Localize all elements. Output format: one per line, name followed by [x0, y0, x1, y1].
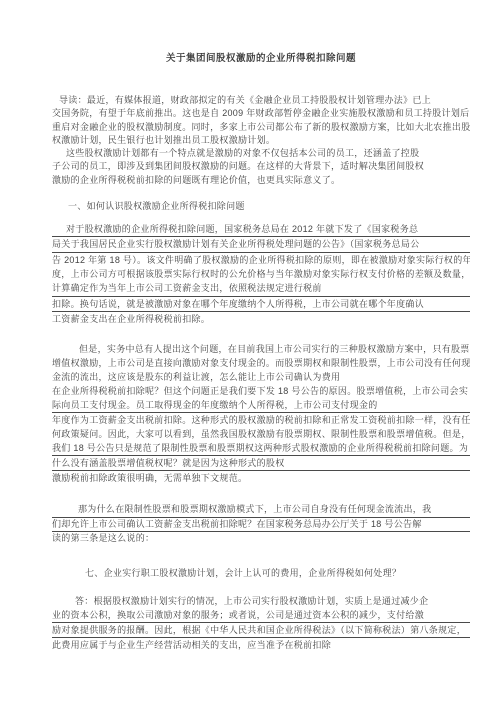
text-line: 告 2012 年第 18 号）。该文件明确了股权激励的企业所得税扣除的原则，即在… — [52, 253, 470, 267]
text-line: 工资薪金支出在企业所得税税前扣除。 — [52, 312, 470, 326]
underlined-text-line: 扣除。换句话说，就是被激励对象在哪个年度缴纳个人所得税，上市公司就在哪个年度确认 — [52, 297, 470, 312]
paragraph-background: 这些股权激励计划都有一个特点就是激励的对象不仅包括本公司的员工，还涵盖了控股子公… — [52, 147, 470, 187]
document-content: 关于集团间股权激励的企业所得税扣除问题 导读：最近，有媒体报道，财政部拟定的有关… — [0, 0, 500, 652]
underlined-text-line: 们却允许上市公司确认工资薪金支出税前扣除呢？在国家税务总局办公厅关于 18 号公… — [52, 518, 470, 533]
text-line: 权激励计划，民生银行也计划推出员工股权激励计划。 — [52, 134, 470, 147]
text-line: 一、如何认识股权激励企业所得税扣除问题 — [52, 200, 470, 213]
text-line: 导读：最近，有媒体报道，财政部拟定的有关《金融企业员工持股股权计划管理办法》已上 — [52, 94, 470, 107]
underlined-text-line: 际向员工支付现金。员工取得现金的年度缴纳个人所得税，上市公司支付现金的 — [52, 398, 470, 413]
text-line: 但是，实务中总有人提出这个问题，在目前我国上市公司实行的三种股权激励方案中，只有… — [52, 342, 470, 356]
paragraph-three-schemes: 但是，实务中总有人提出这个问题，在目前我国上市公司实行的三种股权激励方案中，只有… — [52, 342, 470, 485]
paragraph-q18-announcement: 对于股权激励的企业所得税扣除问题，国家税务总局在 2012 年就下发了《国家税务… — [52, 222, 470, 326]
text-line: 这些股权激励计划都有一个特点就是激励的对象不仅包括本公司的员工，还涵盖了控股 — [52, 147, 470, 160]
document-page: 关于集团间股权激励的企业所得税扣除问题 导读：最近，有媒体报道，财政部拟定的有关… — [0, 0, 500, 708]
underlined-text-line: 对于股权激励的企业所得税扣除问题，国家税务总局在 2012 年就下发了《国家税务… — [52, 222, 470, 237]
underlined-text-line: 计算确定作为当年上市公司工资薪金支出，依照税法规定进行税前 — [52, 281, 470, 296]
underlined-text-line: 局关于我国居民企业实行股权激励计划有关企业所得税处理问题的公告》（国家税务总局公 — [52, 237, 470, 252]
text-line: 增值权激励，上市公司是直接向激励对象支付现金的。而股票期权和限制性股票，上市公司… — [52, 356, 470, 370]
text-line: 七、企业实行职工股权激励计划，会计上认可的费用，企业所得税如何处理？ — [52, 567, 470, 580]
text-line: 读的第三条是这么说的： — [52, 532, 470, 546]
text-line: 何政策疑问。因此，大家可以看到，虽然我国股权激励有股票期权、限制性股票和股票增值… — [52, 427, 470, 441]
paragraph-why-allowed: 那为什么在限制性股票和股票期权激励模式下，上市公司自身没有任何现金流流出，我们却… — [52, 503, 470, 546]
underlined-text-line: 那为什么在限制性股票和股票期权激励模式下，上市公司自身没有任何现金流流出，我 — [52, 503, 470, 518]
text-line: 金流的流出，这应该是股东的利益让渡，怎么能让上市公司确认为费用 — [52, 370, 470, 384]
text-line: 答：根据股权激励计划实行的情况，上市公司实行股权激励计划，实质上是通过减少企 — [52, 594, 470, 608]
underlined-text-line: 励对象提供服务的报酬。因此，根据《中华人民共和国企业所得税法》（以下简称税法）第… — [52, 623, 470, 638]
document-body: 导读：最近，有媒体报道，财政部拟定的有关《金融企业员工持股股权计划管理办法》已上… — [52, 94, 470, 652]
paragraph-interpretation-answer: 答：根据股权激励计划实行的情况，上市公司实行股权激励计划，实质上是通过减少企业的… — [52, 594, 470, 652]
text-line: 子公司的员工，即涉及到集团间股权激励的问题。在这样的大背景下，适时解决集团间股权 — [52, 160, 470, 173]
underlined-text-line: 什么没有涵盖股票增值税权呢？就是因为这种形式的股权 — [52, 456, 470, 471]
text-line: 此费用应属于与企业生产经营活动相关的支出，应当准予在税前扣除 — [52, 638, 470, 652]
text-line: 激励税前扣除政策很明确，无需单独下文规范。 — [52, 471, 470, 485]
underlined-text-line: 我们 18 号公告只是规范了限制性股票和股票期权这两种形式股权激励的企业所得税税… — [52, 441, 470, 456]
paragraph-section1-heading: 一、如何认识股权激励企业所得税扣除问题 — [52, 200, 470, 213]
paragraph-lede: 导读：最近，有媒体报道，财政部拟定的有关《金融企业员工持股股权计划管理办法》已上… — [52, 94, 470, 147]
document-title: 关于集团间股权激励的企业所得税扣除问题 — [52, 0, 470, 65]
text-line: 年度作为工资薪金支出税前扣除。这种形式的股权激励的税前扣除和正常发工资税前扣除一… — [52, 413, 470, 427]
text-line: 交国务院，有望于年底前推出。这也是自 2009 年财政部暂停金融企业实施股权激励… — [52, 107, 470, 120]
paragraph-interpretation-q7: 七、企业实行职工股权激励计划，会计上认可的费用，企业所得税如何处理？ — [52, 567, 470, 580]
text-line: 激励的企业所得税税前扣除的问题既有理论价值，也更具实际意义了。 — [52, 174, 470, 187]
text-line: 度，上市公司方可根据该股票实际行权时的公允价格与当年激励对象实际行权支付价格的差… — [52, 267, 470, 281]
underlined-text-line: 业的资本公积，换取公司激励对象的服务；或者说，公司是通过资本公积的减少，支付给激 — [52, 608, 470, 623]
text-line: 重启对金融企业的股权激励制度。同时，多家上市公司都公布了新的股权激励方案，比如大… — [52, 121, 470, 134]
text-line: 在企业所得税税前扣除呢？但这个问题正是我们要下发 18 号公告的原因。股票增值税… — [52, 384, 470, 398]
